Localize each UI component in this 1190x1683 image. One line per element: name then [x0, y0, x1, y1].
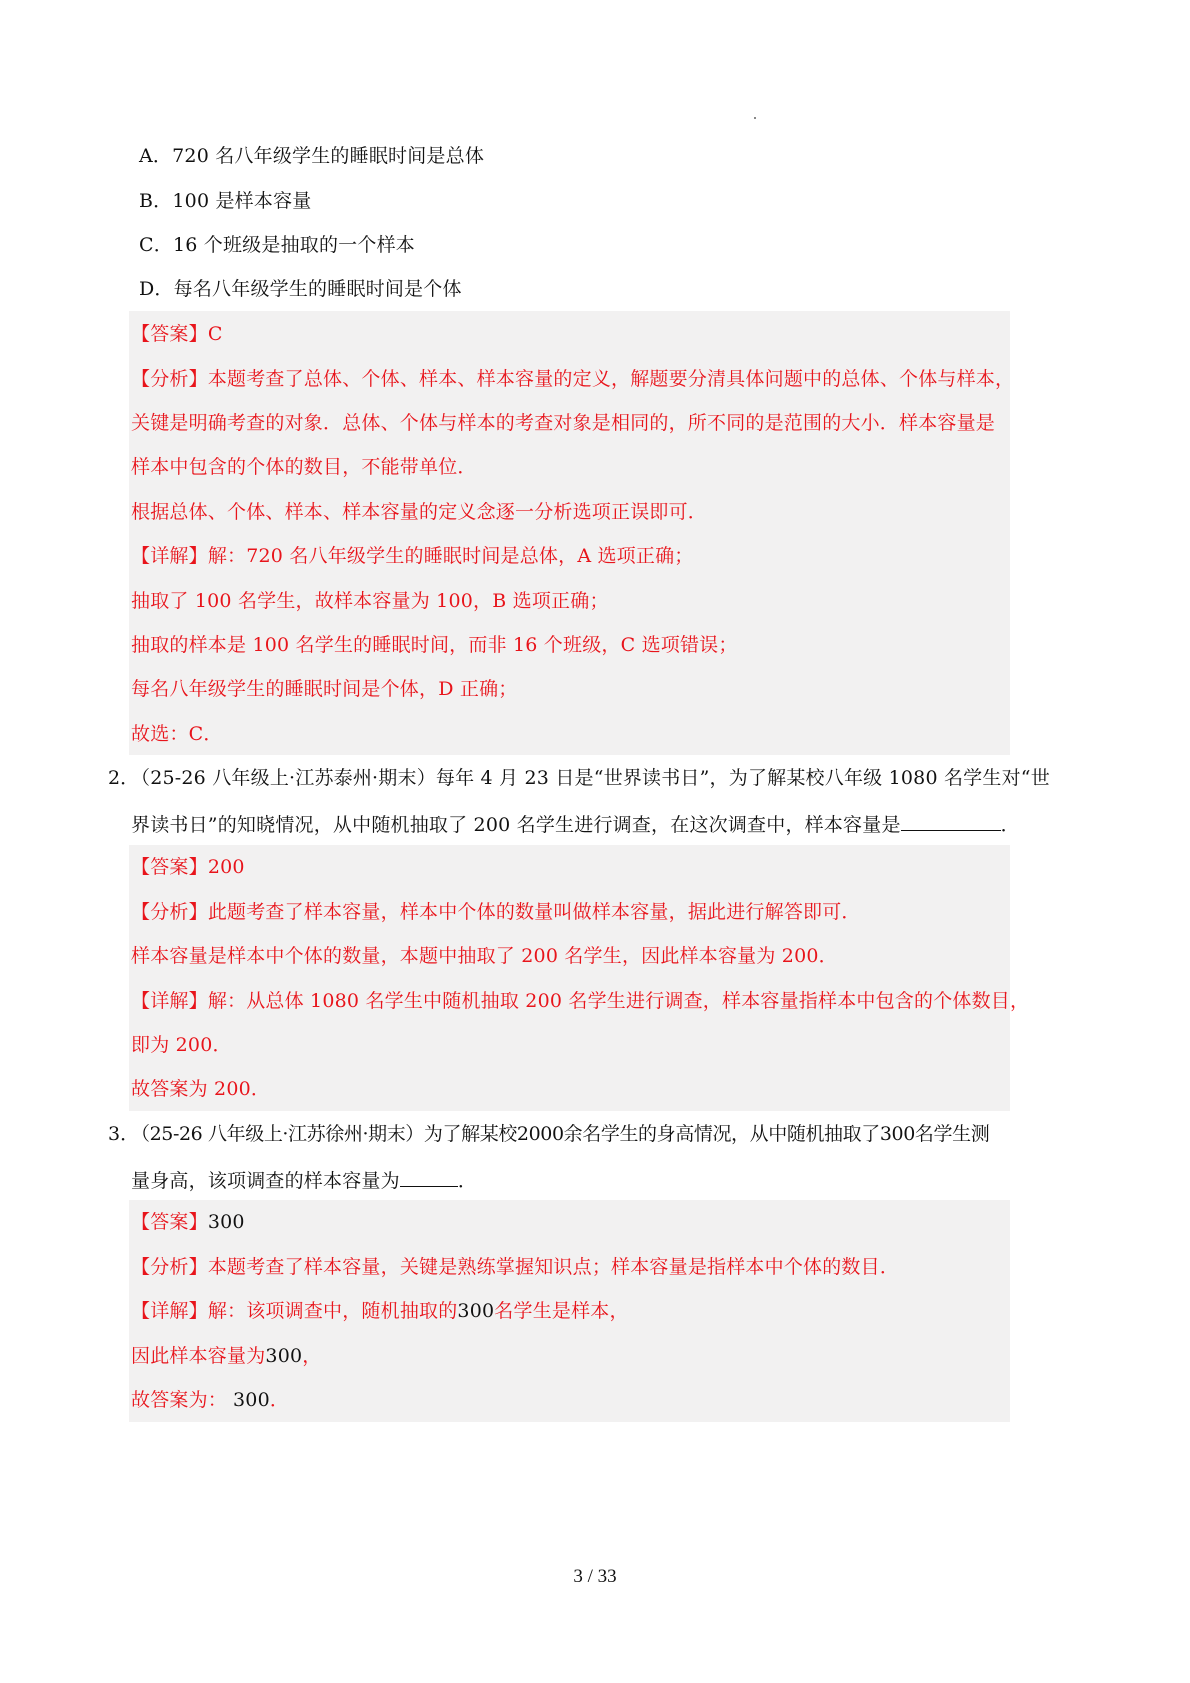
q3-answer: 【答案】300	[131, 1207, 245, 1237]
q3-analysis-line: 【分析】本题考查了样本容量，关键是熟练掌握知识点；样本容量是指样本中个体的数目．	[131, 1252, 899, 1282]
option-b: B．100 是样本容量	[139, 186, 311, 216]
q1-detail-line: 每名八年级学生的睡眠时间是个体，D 正确；	[131, 674, 517, 704]
q2-answer-blank[interactable]	[901, 808, 1001, 831]
option-a: A．720 名八年级学生的睡眠时间是总体	[139, 141, 484, 171]
document-page: A．720 名八年级学生的睡眠时间是总体 B．100 是样本容量 C．16 个班…	[0, 0, 1190, 1683]
q3-detail-line: 故答案为：300．	[131, 1385, 289, 1415]
option-d: D．每名八年级学生的睡眠时间是个体	[139, 274, 462, 304]
q1-detail-line: 抽取的样本是 100 名学生的睡眠时间，而非 16 个班级，C 选项错误；	[131, 630, 738, 660]
stray-dot	[754, 117, 756, 119]
q1-analysis-line: 根据总体、个体、样本、样本容量的定义念逐一分析选项正误即可．	[131, 497, 707, 527]
q2-stem-line: （25-26 八年级上·江苏泰州·期末）每年 4 月 23 日是“世界读书日”，…	[131, 763, 1050, 793]
q3-stem-line: 量身高，该项调查的样本容量为．	[131, 1164, 477, 1194]
option-c: C．16 个班级是抽取的一个样本	[139, 230, 415, 260]
q2-detail-line: 即为 200．	[131, 1030, 232, 1060]
q3-detail-line: 【详解】解：该项调查中，随机抽取的300名学生是样本，	[131, 1296, 629, 1326]
q2-analysis-line: 样本容量是样本中个体的数量，本题中抽取了 200 名学生，因此样本容量为 200…	[131, 941, 838, 971]
q2-detail-line: 故答案为 200．	[131, 1074, 270, 1104]
q1-analysis-line: 样本中包含的个体的数目，不能带单位．	[131, 452, 477, 482]
page-indicator: 3 / 33	[0, 1566, 1190, 1588]
q3-detail-line: 因此样本容量为300，	[131, 1341, 321, 1371]
q1-analysis-line: 关键是明确考查的对象．总体、个体与样本的考查对象是相同的，所不同的是范围的大小．…	[131, 408, 995, 438]
q1-detail-line: 【详解】解：720 名八年级学生的睡眠时间是总体，A 选项正确；	[131, 541, 693, 571]
q2-answer: 【答案】200	[131, 852, 245, 882]
q1-detail-line: 故选：C．	[131, 719, 223, 749]
q2-stem-line: 界读书日”的知晓情况，从中随机抽取了 200 名学生进行调查，在这次调查中，样本…	[131, 808, 1020, 838]
q2-analysis-line: 【分析】此题考查了样本容量，样本中个体的数量叫做样本容量，据此进行解答即可．	[131, 897, 861, 927]
q2-solution-box	[129, 845, 1010, 1111]
q1-analysis-line: 【分析】本题考查了总体、个体、样本、样本容量的定义，解题要分清具体问题中的总体、…	[131, 364, 1014, 394]
q3-answer-blank[interactable]	[400, 1164, 458, 1187]
q3-stem-line: （25-26 八年级上·江苏徐州·期末）为了解某校2000余名学生的身高情况，从…	[131, 1119, 989, 1149]
q1-answer: 【答案】C	[131, 319, 223, 349]
q2-detail-line: 【详解】解：从总体 1080 名学生中随机抽取 200 名学生进行调查，样本容量…	[131, 986, 1029, 1016]
q1-detail-line: 抽取了 100 名学生，故样本容量为 100，B 选项正确；	[131, 586, 609, 616]
